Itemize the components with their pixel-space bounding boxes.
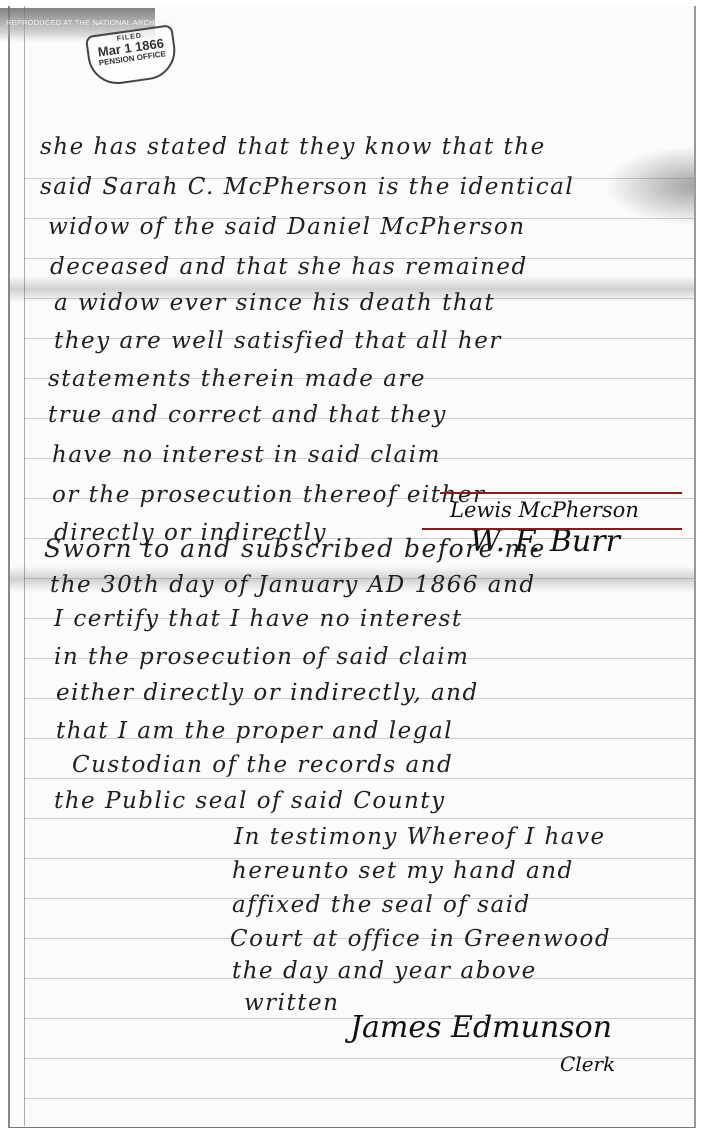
body-line: a widow ever since his death that: [54, 290, 495, 316]
jurat-line: Sworn to and subscribed before me: [44, 534, 546, 563]
body-line: true and correct and that they: [48, 402, 447, 428]
clerk-signature: James Edmunson: [350, 1010, 612, 1045]
ruled-line: [24, 818, 694, 819]
jurat-line: I certify that I have no interest: [54, 606, 463, 632]
testimony-line: Court at office in Greenwood: [230, 926, 611, 952]
ruled-line: [24, 778, 694, 779]
body-line: have no interest in said claim: [52, 442, 441, 468]
scan-shadow: [604, 146, 694, 226]
testimony-line: written: [244, 990, 339, 1016]
testimony-line: hereunto set my hand and: [232, 858, 574, 884]
clerk-title: Clerk: [560, 1052, 615, 1076]
jurat-line: the Public seal of said County: [54, 788, 446, 814]
jurat-line: in the prosecution of said claim: [54, 644, 469, 670]
testimony-line: the day and year above: [232, 958, 537, 984]
ruled-line: [24, 1098, 694, 1099]
body-line: or the prosecution thereof either: [52, 482, 485, 508]
body-line: she has stated that they know that the: [40, 134, 546, 160]
body-line: widow of the said Daniel McPherson: [48, 214, 526, 240]
body-line: said Sarah C. McPherson is the identical: [40, 174, 574, 200]
witness-signature-mcpherson: Lewis McPherson: [450, 498, 639, 522]
body-line: they are well satisfied that all her: [54, 328, 502, 354]
testimony-line: In testimony Whereof I have: [234, 824, 606, 850]
signature-underline-bottom: [422, 528, 682, 530]
testimony-line: affixed the seal of said: [232, 892, 531, 918]
jurat-line: either directly or indirectly, and: [56, 680, 479, 706]
body-line: deceased and that she has remained: [50, 254, 528, 280]
jurat-line: that I am the proper and legal: [56, 718, 453, 744]
jurat-line: Custodian of the records and: [72, 752, 453, 778]
body-line: statements therein made are: [48, 366, 426, 392]
jurat-line: the 30th day of January AD 1866 and: [50, 572, 536, 598]
signature-underline-top: [440, 492, 682, 494]
